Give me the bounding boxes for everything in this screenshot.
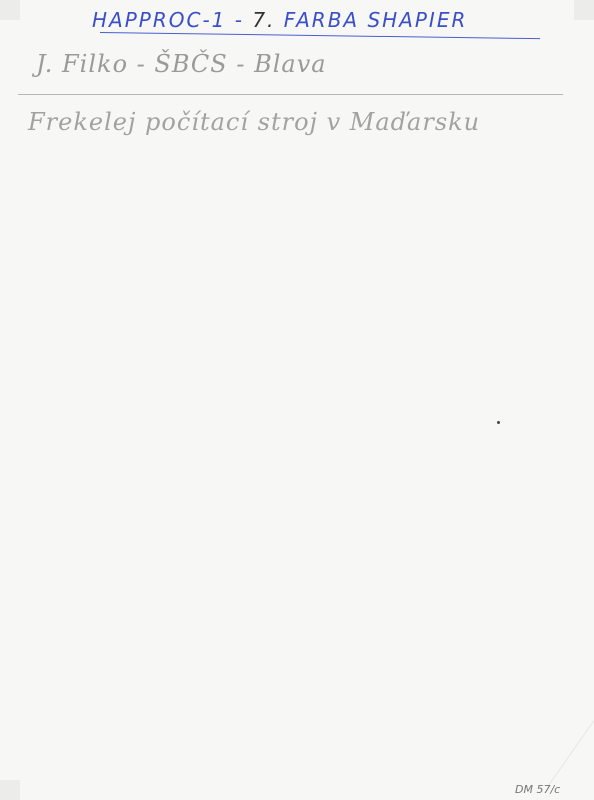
- photo-corner-top-right: [574, 0, 594, 20]
- title-part-a: HAPPROC-1 -: [92, 8, 244, 32]
- paper-crease: [548, 720, 594, 786]
- title-part-c: FARBA SHAPIER: [284, 8, 468, 32]
- handwritten-title-blue: HAPPROC-1 - 7. FARBA SHAPIER: [92, 8, 467, 32]
- ink-speck: [497, 421, 500, 424]
- paper-sheet: HAPPROC-1 - 7. FARBA SHAPIER J. Filko - …: [0, 0, 594, 800]
- photo-corner-bottom-left: [0, 780, 20, 800]
- handwritten-description-line: Frekelej počítací stroj v Maďarsku: [28, 108, 480, 136]
- pencil-rule: [18, 94, 563, 95]
- handwritten-author-line: J. Filko - ŠBČS - Blava: [36, 50, 327, 78]
- photo-corner-top-left: [0, 0, 20, 20]
- archive-number: DM 57/c: [515, 783, 560, 796]
- title-part-b: 7.: [252, 8, 275, 32]
- blue-underline: [100, 32, 540, 39]
